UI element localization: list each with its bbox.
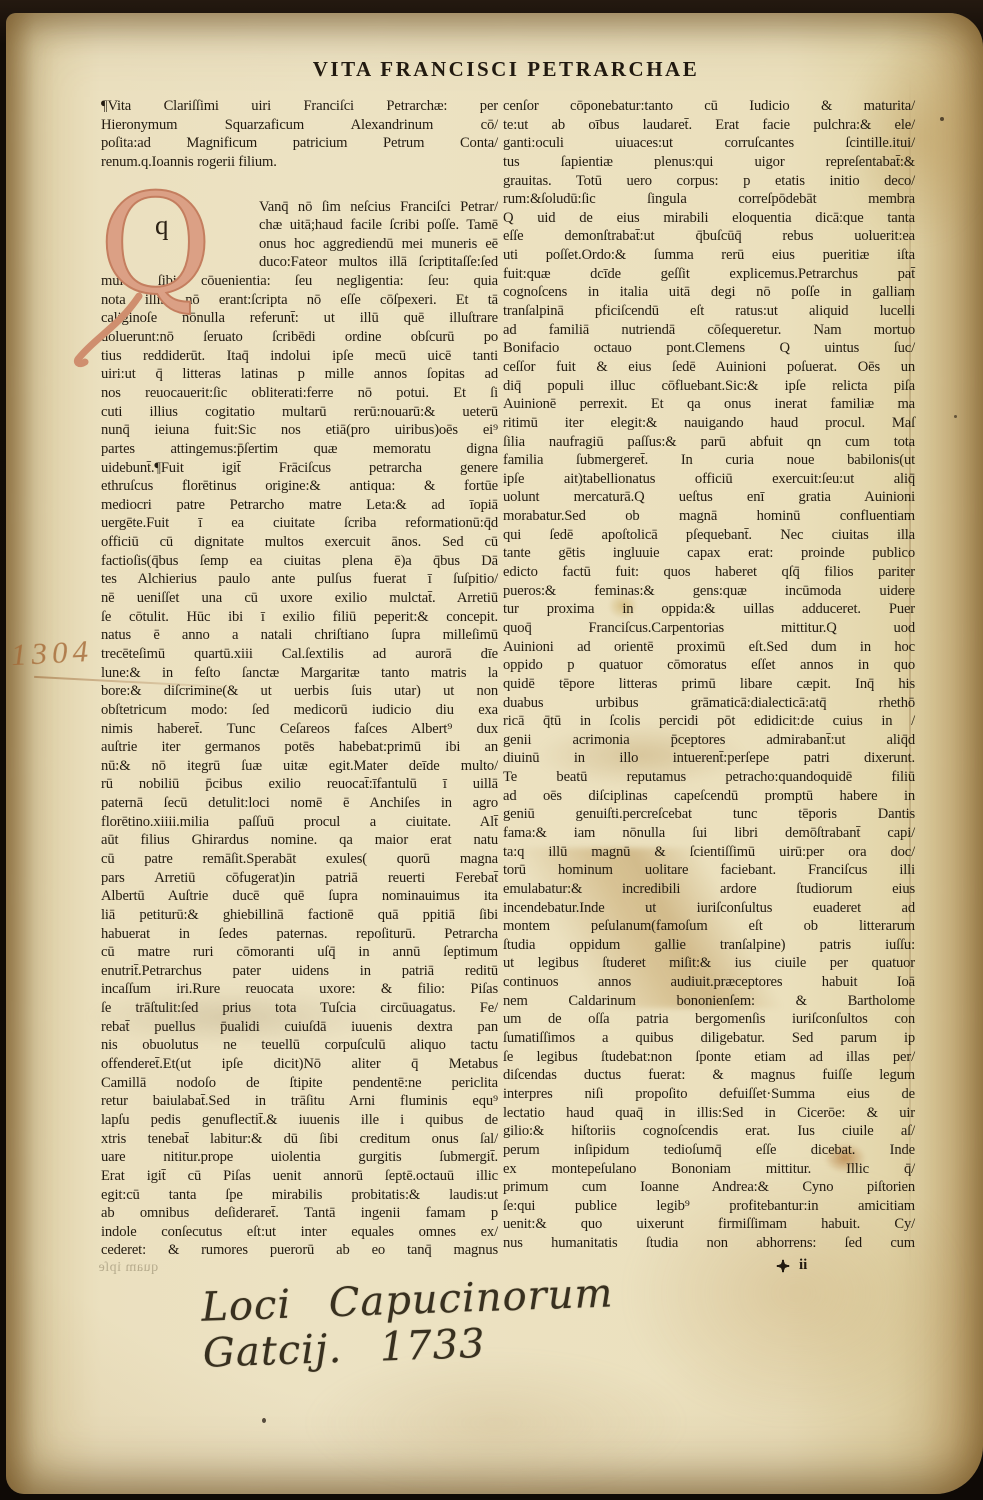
text-line: tur proxima in oppida:& uillas adduceret… (503, 600, 915, 619)
text-line: continuos annos audiuit.præceptores habu… (503, 973, 915, 992)
text-line: morabatur.Sed ob magnā hominū confluenti… (503, 507, 915, 526)
text-line: ſe trāſtulit:ſed prius tota Tuſcia circū… (101, 999, 498, 1018)
text-line: obſtetricum modo: ſed medicorū iudicio d… (101, 701, 498, 720)
text-line: nota illis nō erant:ſcripta nō eſſe cōſp… (101, 291, 498, 310)
text-line: Q uid de eius mirabili eloquentia dicā:q… (503, 209, 915, 228)
text-line: nis obuolutus ne teuellū corpuſculū aliq… (101, 1036, 498, 1055)
signature-label: ii (799, 1257, 807, 1274)
text-line: uoluerunt:nō ſeruato ſcribēdi ordine obſ… (101, 328, 498, 347)
text-line: caliginoſe nōnulla referunt̄: ut illū qu… (101, 309, 498, 328)
text-line: ganti:oculi uiuaces:ut corruſcantes ſcin… (503, 134, 915, 153)
text-line: uolunt mercaturā.Q ueſtus enī gratia Aui… (503, 488, 915, 507)
text-line: primum cum Ioanne Andrea:& Cyno piſtorie… (503, 1178, 915, 1197)
text-line: nimis haberet̄. Tunc Ceſareos faſces Alb… (101, 720, 498, 739)
text-line: emulabatur:& incredibili ardore ſtudioru… (503, 880, 915, 899)
left-column-lines: Vanq̄ nō ſim neſcius Franciſci Petrar/ch… (101, 198, 498, 1261)
text-line: cū patre remāſit.Sperabāt exules( quorū … (101, 850, 498, 869)
text-line: quoq̄ Franciſcus.Carpentorias mittitur.Q… (503, 619, 915, 638)
text-line: partes attingemus:p̄ſertim quæ memoratu … (101, 440, 498, 459)
text-line: natus ē anno a natali chriſtiano ſupra m… (101, 626, 498, 645)
incipit-paragraph: ¶Vita Clariſſimi uiri Franciſci Petrarch… (101, 97, 498, 172)
text-line: te:ut ab oībus laudaret̄. Erat facie pul… (503, 116, 915, 135)
margin-annotation: 1304 (10, 633, 94, 673)
text-line: Hieronymum Squarzaficum Alexandrinum cō/ (101, 116, 498, 135)
text-line: Bonifacio octauo pont.Clemens Q uintus ſ… (503, 339, 915, 358)
text-line: ſilia naufragiū paſſus:& parū abfuit qn … (503, 433, 915, 452)
text-line: factioſis(q̄bus ſemp ea ciuitas plena ē)… (101, 552, 498, 571)
ink-speck (262, 1418, 266, 1423)
right-column-lines: cenſor cōponebatur:tanto cū Iudicio & ma… (503, 97, 915, 1253)
text-line: trecēteſimū quartū.xiii Cal.ſextilis ad … (101, 645, 498, 664)
text-line: bore:& diſcrimine(& ut uerbis ſuis utar)… (101, 682, 498, 701)
text-line: nos reuocauerit:ſic obliterati:ferre nō … (101, 384, 498, 403)
stain-bottom-center (306, 1353, 686, 1493)
text-line: Albertū Auſtrie ducē quē ſupra nominauim… (101, 887, 498, 906)
text-line: fuit:quæ dcīde geſſit explicemus.Petrarc… (503, 265, 915, 284)
text-line: incendebatur.Inde ut iuriſconſultus euad… (503, 899, 915, 918)
text-line: egit:cū tanta ſpe mirabilis probitatis:&… (101, 1186, 498, 1205)
text-line: uiri:ut q̄ litteras latinas p mille anno… (101, 365, 498, 384)
text-line: officiū cū dignitate multos exercuit āno… (101, 533, 498, 552)
text-line: nē ueniſſet una cū uxore exilio mulctat̄… (101, 589, 498, 608)
text-line: tes Alchierius paulo ante pulſus fuerat … (101, 570, 498, 589)
text-line: cuti illius cogitatio multarū rerū:nouar… (101, 403, 498, 422)
text-line: ut legibus ſtuderet miſit:& ius ciuile p… (503, 954, 915, 973)
text-line: montem peſulanum(famoſum eſt ob litterar… (503, 917, 915, 936)
text-line: poſita:ad Magnificum patricium Petrum Co… (101, 134, 498, 153)
text-line: enutrit̄.Petrarchus pater uidens in patr… (101, 962, 498, 981)
text-line: xtris tenebat̄ labitur:& dū ſibi creditu… (101, 1130, 498, 1149)
text-line: ſe cōtulit. Hūc ibi ī exilio filiū peper… (101, 608, 498, 627)
text-line: diuinū in illo intuerent̄:perſepe patri … (503, 749, 915, 768)
text-line: familia ſubmergeret̄. In curia noue babi… (503, 451, 915, 470)
text-line: rum:&ſoludū:ſic ſingula correſpōdebāt me… (503, 190, 915, 209)
text-line: rebat̄ puellus p̄ualidi cuiuſdā iuuenis … (101, 1018, 498, 1037)
text-line: florētino.xiiii.milia paſſuū procul a ci… (101, 813, 498, 832)
text-line: nem Caldarinum bononienſem: & Bartholome (503, 992, 915, 1011)
text-line: duco:Fateor multos illā ſcriptitaſſe:ſed (101, 253, 498, 272)
text-line: Erat igit̄ cū Piſas uenit annorū ſeptē.o… (101, 1167, 498, 1186)
text-line: pueros:& feminas:& gens:quæ incūmoda uid… (503, 582, 915, 601)
text-line: chæ uitā;haud facile ſcribi poſſe. Tamē (101, 216, 498, 235)
text-line: paternā ſecū detulit:loci nomē ē Anchiſe… (101, 794, 498, 813)
text-line: ethruſcus florētinus origine:& antiqua: … (101, 477, 498, 496)
text-line: grauitas. Totū uero corpus: p etatis ini… (503, 172, 915, 191)
text-line: nunq̄ ieiuna fuit:Sic nos etiā(pro uirib… (101, 421, 498, 440)
text-line: onus hoc aggrediendū mei muneris eē (101, 235, 498, 254)
left-column: ¶Vita Clariſſimi uiri Franciſci Petrarch… (101, 97, 498, 1260)
text-line: ex montepeſulano Bononiam mittitur. Illi… (503, 1160, 915, 1179)
text-line: indole conſecutus eſt:ut inter equales o… (101, 1223, 498, 1242)
text-line: interpres niſi propoſito defuiſſet·Summa… (503, 1085, 915, 1104)
text-line: Vanq̄ nō ſim neſcius Franciſci Petrar/ (101, 198, 498, 217)
text-line: ad oēs diſciplinas capeſcendū promptū ha… (503, 787, 915, 806)
text-line: cū matre ruri cōmoranti uſq̄ in annū ſep… (101, 943, 498, 962)
text-line: lapſu pedis genuflectit̄.& iuuenis ille … (101, 1111, 498, 1130)
text-line: perum inſipidum tedioſumq̄ eſſe dicebat.… (503, 1141, 915, 1160)
text-line: fama:& iam nōnulla ſui libri demōſtraban… (503, 824, 915, 843)
text-line: oppido p quatuor cōmoratus eſſet annos i… (503, 656, 915, 675)
text-line: quidē tēpore litteras primū libare cæpit… (503, 675, 915, 694)
text-line: torū hominum uolitare faciebant. Franciſ… (503, 861, 915, 880)
text-line: ¶Vita Clariſſimi uiri Franciſci Petrarch… (101, 97, 498, 116)
text-line: lectatio haud quaq̄ in illis:Sed in Cice… (503, 1104, 915, 1123)
text-line: ſe legibus ſtudebat:non ſponte etiam ad … (503, 1048, 915, 1067)
text-line: nus humanitatis ſtudia non abhorrens: ſe… (503, 1234, 915, 1253)
text-line: Te beatū reputamus petracho:quandoquidē … (503, 768, 915, 787)
text-line: geniū genuiſti.percreſcebat tunc tēporis… (503, 805, 915, 824)
text-line: cenſor cōponebatur:tanto cū Iudicio & ma… (503, 97, 915, 116)
text-line: diq̄ populi illuc cōfluebant.Sic:& ipſe … (503, 377, 915, 396)
maltese-cross-icon (776, 1259, 790, 1273)
text-line: pars Arretiū cōfugerat)in patriā reuerti… (101, 869, 498, 888)
text-line: Auinioni ad orientē proximū eſt.Sed dum … (503, 638, 915, 657)
quire-signature: ii (776, 1257, 866, 1274)
text-line: renum.q.Ioannis rogerii filium. (101, 153, 498, 172)
text-line: uidebunt̄.¶Fuit igit̄ Frāciſcus petrarch… (101, 459, 498, 478)
text-line: habuerat in ſedes paternas. repoſiturū. … (101, 925, 498, 944)
left-column-text: Q q Vanq̄ nō ſim neſcius Franciſci Petra… (101, 198, 498, 1261)
right-column: cenſor cōponebatur:tanto cū Iudicio & ma… (503, 97, 915, 1253)
text-line: ſtudia oppidum gallie tranſalpine) patri… (503, 936, 915, 955)
text-line: tranſalpinā pficiſcendū eſt ratus:ut ali… (503, 302, 915, 321)
text-line: uare nititur.prope uiolentia gurgitis ſu… (101, 1148, 498, 1167)
text-line: uenit:& quo uixerunt firmiſſimam habuit.… (503, 1215, 915, 1234)
text-line: liā petiturū:& ghiebillinā factionē quā … (101, 906, 498, 925)
text-line: cognoſcens in italia uitā degi nō poſſe … (503, 283, 915, 302)
text-line: retur baiulabat̄.Sed in trāſitu Arni flu… (101, 1092, 498, 1111)
showthrough-text: quam ipſe (98, 1260, 158, 1276)
text-line: uti poſſet.Ordo:& ſumma rerū eius puerit… (503, 246, 915, 265)
text-line: multa ſibi cōuenientia: ſeu negligentia:… (101, 272, 498, 291)
text-line: duabus urbibus grāmaticā:dialecticā:atq̄… (503, 694, 915, 713)
text-line: genii acrimonia p̄ceptores admirabant̄:u… (503, 731, 915, 750)
text-line: ab omnibus deſideraret̄. Tantā ingenii f… (101, 1204, 498, 1223)
text-line: cederet: & rumores puerorū ab eo tanq̄ m… (101, 1241, 498, 1260)
text-line: incaſſum iri.Rure reuocata uxore: & fili… (101, 980, 498, 999)
text-line: diſcendas ductus fuerat: & magnus fuiſſe… (503, 1066, 915, 1085)
text-line: qui ſedē apoſtolicā pſequebant̄. Nec ciu… (503, 526, 915, 545)
text-line: ricā q̄tū in ſcolis percidi pōt edidicit… (503, 712, 915, 731)
text-line: offenderet̄.Et(ut ipſe dicit)Nō aliter q… (101, 1055, 498, 1074)
text-line: mediocri patre Petrarcho matre Leta:& ad… (101, 496, 498, 515)
text-line: ta:q illū magnū & ſcientiſſimū uirū:per … (503, 843, 915, 862)
text-line: eſſe demonſtrabat̄:ut q̄buſcūq̄ rebus uo… (503, 227, 915, 246)
text-line: rū nobiliū p̄cibus exilio reuocat̄:īfant… (101, 775, 498, 794)
text-line: um de oſſa patria bergomenſis iuriſconſu… (503, 1010, 915, 1029)
text-line: lune:& in feſto ſanctæ Margaritæ tanto m… (101, 664, 498, 683)
text-line: edicto factū fuit: quos haberet qſq̄ fil… (503, 563, 915, 582)
text-line: ipſe ait)tabellionatus officiū exercuit:… (503, 470, 915, 489)
text-line: gilio:& hiſtoriis cognoſcendis erat. Ius… (503, 1122, 915, 1141)
text-line: tius reddiderūt. Itaq̄ indolui ipſe mecū… (101, 347, 498, 366)
text-line: uergēte.Fuit ī ea ciuitate ſcriba reform… (101, 514, 498, 533)
book-page: VITA FRANCISCI PETRARCHAE ¶Vita Clariſſi… (6, 13, 983, 1494)
text-line: ſumatiſſimos a quibus diligebatur. Sed p… (503, 1029, 915, 1048)
text-line: ceſſor fuit & eius ſedē Auinioni poſuera… (503, 358, 915, 377)
text-line: ad familiā nutriendā cōſequeretur. Nam m… (503, 321, 915, 340)
running-title: VITA FRANCISCI PETRARCHAE (101, 57, 911, 82)
ex-libris-inscription: Loci Capucinorum Gatcij. 1733 (201, 1265, 764, 1376)
text-line: tante gētis ingluuie capax erat: proinde… (503, 544, 915, 563)
text-line: aūt filius Ghirardus nomine. qa maior er… (101, 831, 498, 850)
text-line: ritimū iter elegit:& nauigando haud proc… (503, 414, 915, 433)
text-line: ſe:qui publice legib⁹ profitebantur:in a… (503, 1197, 915, 1216)
text-line: tus ſapientiæ plenus:qui uigor repreſent… (503, 153, 915, 172)
text-line: Camillā nodoſo de ſtipite pendentē:ne pe… (101, 1074, 498, 1093)
ink-speck (940, 117, 944, 121)
text-line: nū:& nō itegrū ſuæ uitæ egit.Mater deīde… (101, 757, 498, 776)
text-line: Auinionē perrexit. Et qa onus inerat fam… (503, 395, 915, 414)
ink-speck (954, 415, 957, 418)
text-line: auſtrie iter germanos potēs habebat:prim… (101, 738, 498, 757)
